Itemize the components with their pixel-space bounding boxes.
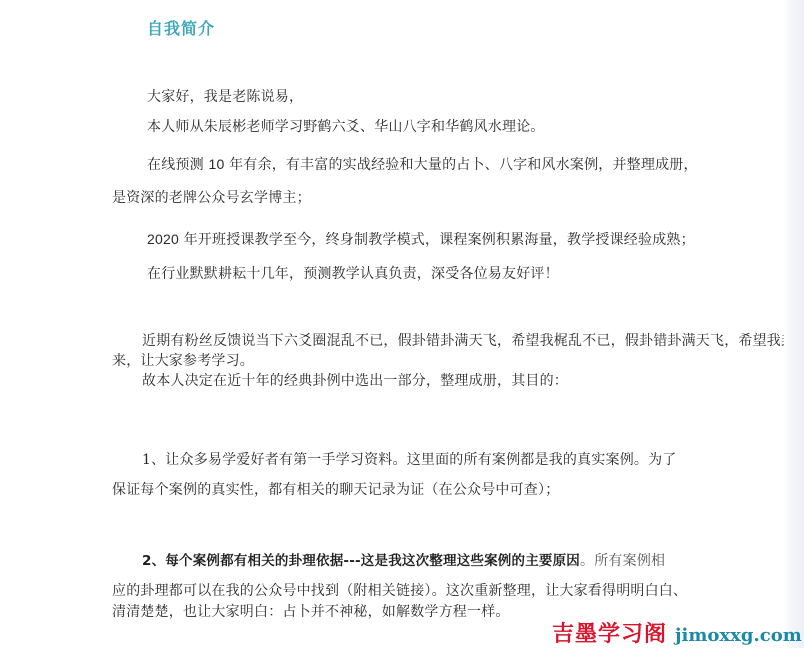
purpose-2-line-3: 清清楚楚，也让大家明白：占卜并不神秘，如解数学方程一样。 <box>112 603 510 621</box>
teaching-line: 2020 年开班授课教学至今，终身制教学模式，课程案例积累海量，教学授课经验成熟… <box>147 230 695 249</box>
watermark-url: jimoxxg.com <box>675 625 802 646</box>
purpose-1-line-1: 1、让众多易学爱好者有第一手学习资料。这里面的所有案例都是我的真实案例。为了 <box>142 451 677 469</box>
intro-line: 本人师从朱辰彬老师学习野鹤六爻、华山八字和华鹤风水理论。 <box>147 118 545 136</box>
watermark: 吉墨学习阁 jimoxxg.com <box>552 617 802 648</box>
purpose-2-continuation: 。所有案例相 <box>580 553 665 569</box>
feedback-line-2: 来，让大家参考学习。 <box>112 352 254 370</box>
purpose-2-line-2: 应的卦理都可以在我的公众号中找到（附相关链接）。这次重新整理，让大家看得明明白白… <box>112 582 687 600</box>
teaching-year: 2020 <box>147 231 179 247</box>
greeting-line: 大家好，我是老陈说易， <box>147 88 303 106</box>
purpose-1-line-2: 保证每个案例的真实性，都有相关的聊天记录为证（在公众号中可查）； <box>112 481 559 499</box>
decision-line: 故本人决定在近十年的经典卦例中选出一部分，整理成册，其目的： <box>142 372 568 390</box>
purpose-2-heading: 2、每个案例都有相关的卦理依据---这是我这次整理这些案例的主要原因 <box>142 553 580 569</box>
document-page: 自我简介 大家好，我是老陈说易， 本人师从朱辰彬老师学习野鹤六爻、华山八字和华鹤… <box>0 0 804 648</box>
experience-line-2: 是资深的老牌公众号玄学博主； <box>112 189 311 207</box>
experience-prefix: 在线预测 <box>147 157 208 173</box>
teaching-suffix: 年开班授课教学至今，终身制教学模式，课程案例积累海量，教学授课经验成熟； <box>179 232 695 248</box>
experience-years: 10 <box>208 156 224 172</box>
watermark-brand: 吉墨学习阁 <box>552 617 667 648</box>
page-title: 自我简介 <box>147 18 215 40</box>
experience-line-1: 在线预测 10 年有余，有丰富的实战经验和大量的占卜、八字和风水案例，并整理成册… <box>147 155 698 174</box>
page-edge-shadow <box>784 0 804 648</box>
experience-suffix: 年有余，有丰富的实战经验和大量的占卜、八字和风水案例，并整理成册， <box>224 157 697 173</box>
purpose-2-line-1: 2、每个案例都有相关的卦理依据---这是我这次整理这些案例的主要原因。所有案例相 <box>142 552 665 570</box>
feedback-line-1: 近期有粉丝反馈说当下六爻圈混乱不已，假卦错卦满天飞，希望我梶乱不已，假卦错卦满天… <box>142 332 804 350</box>
industry-line: 在行业默默耕耘十几年，预测教学认真负责，深受各位易友好评！ <box>147 265 559 283</box>
